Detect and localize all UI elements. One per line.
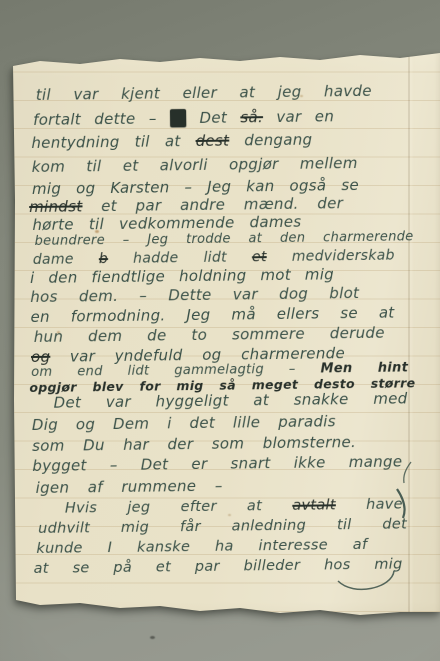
handwritten-text: Det var hyggeligt at snakke med [53, 389, 407, 411]
handwritten-text: beundrere – Jeg trodde at den charmerend… [35, 230, 414, 250]
handwritten-text: dengang [229, 130, 312, 149]
manuscript-line: Dig og Dem i det lille paradis [32, 413, 336, 433]
manuscript-line: at se på et par billeder hos mig [34, 558, 403, 578]
struck-word: og [31, 348, 51, 366]
manuscript-line: kunde I kanske ha interesse af [36, 538, 367, 558]
manuscript-line: i den fiendtlige holdning mot mig [30, 266, 334, 286]
handwritten-text: som Du har der som blomsterne. [32, 433, 356, 455]
handwriting-layer: til var kjent eller at jeg havdefortalt … [0, 0, 440, 661]
handwritten-text: var en [263, 107, 334, 126]
handwritten-text: til var kjent eller at jeg havde [36, 82, 372, 104]
manuscript-line: en formodning. Jeg må ellers se at [30, 304, 394, 325]
manuscript-line: hentydning til at dest dengang [31, 131, 312, 151]
handwritten-text: at se på et par billeder hos mig [34, 557, 403, 578]
handwritten-text: et par andre mænd. der [82, 194, 343, 215]
manuscript-line: Det var hyggeligt at snakke med [53, 390, 407, 411]
manuscript-line: fortalt dette – Er Det så. var en [33, 108, 334, 128]
manuscript-line: som Du har der som blomsterne. [32, 434, 356, 454]
manuscript-line: hun dem de to sommere derude [34, 324, 385, 345]
handwritten-text: udhvilt mig får anledning til det [38, 517, 407, 538]
handwritten-text: kunde I kanske ha interesse af [36, 537, 367, 557]
handwritten-text: Hvis jeg efter at [65, 498, 293, 517]
handwritten-text: kom til et alvorli opgjør mellem [32, 154, 358, 176]
handwritten-text: fortalt dette – [33, 109, 170, 129]
handwritten-text: en formodning. Jeg må ellers se at [30, 303, 394, 325]
manuscript-line: bygget – Det er snart ikke mange [32, 453, 402, 474]
manuscript-line: udhvilt mig får anledning til det [38, 518, 407, 538]
handwritten-text: have [336, 497, 403, 514]
handwritten-text: Det [186, 108, 240, 127]
handwritten-text: bygget – Det er snart ikke mange [32, 452, 402, 475]
handwritten-text: medviderskab [267, 247, 395, 265]
handwritten-text: Dig og Dem i det lille paradis [32, 412, 336, 434]
handwritten-text: dame [33, 251, 99, 268]
handwritten-text: hentydning til at [31, 132, 195, 152]
scribbled-out-word: Er [170, 109, 186, 127]
manuscript-line: igen af rummene – [36, 477, 223, 496]
struck-word: b [99, 251, 108, 267]
manuscript-line: Hvis jeg efter at avtalt have [65, 498, 403, 518]
manuscript-line: til var kjent eller at jeg havde [36, 83, 372, 104]
letter-photograph: til var kjent eller at jeg havdefortalt … [0, 0, 440, 661]
struck-word: dest [195, 131, 229, 149]
struck-word: mindst [29, 197, 83, 216]
handwritten-text: hos dem. – Dette var dog blot [30, 284, 359, 306]
handwritten-text: i den fiendtlige holdning mot mig [30, 265, 334, 287]
handwritten-text: hadde lidt [108, 249, 252, 267]
manuscript-line: kom til et alvorli opgjør mellem [32, 155, 358, 175]
struck-word: avtalt [292, 497, 336, 514]
manuscript-line: hos dem. – Dette var dog blot [30, 285, 359, 306]
struck-word: så. [240, 108, 263, 126]
manuscript-line: dame b hadde lidt et medviderskab [33, 248, 395, 268]
handwritten-text: hun dem de to sommere derude [34, 323, 385, 345]
manuscript-line: hørte til vedkommende dames [32, 213, 301, 233]
handwritten-text: igen af rummene – [36, 476, 223, 496]
struck-word: et [252, 249, 267, 265]
